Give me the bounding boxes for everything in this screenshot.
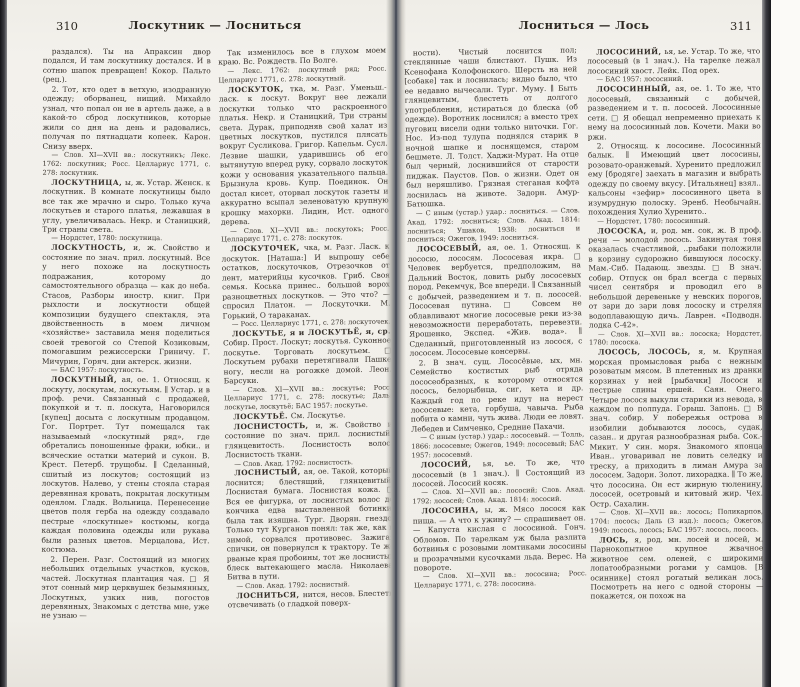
source-reference: — Слов. XI—XVII вв.: лососка; Нордстет, …: [589, 329, 762, 348]
headword: ЛОСОСИЙ,: [421, 459, 483, 469]
text-column-3: ности). Чистый лоснится пол; стеклянные …: [404, 45, 588, 644]
headword: ЛОСОСИНИЙ,: [596, 47, 664, 56]
source-reference: — Слов. XI—XVII вв.: лосось; Поликарпов,…: [590, 507, 763, 535]
dictionary-entry: ЛОСОСИЙ, ья, ье. То же, что лососевый (в…: [412, 457, 586, 489]
dictionary-entry: ЛОСКУТНЫЙ, ая, ое. 1. Относящ. к лоскуту…: [41, 375, 209, 555]
dictionary-entry: ЛОСКУТНИЦА, ы, ж. Устар. Женск. к лоскут…: [42, 177, 210, 234]
left-running-head: Лоскутник — Лосниться: [42, 18, 388, 32]
dictionary-entry: ЛОСОСИНИЙ, ья, ье. Устар. То же, что лос…: [587, 46, 760, 75]
right-page-number: 311: [730, 19, 752, 33]
dictionary-entry: ЛОСНИТЬСЯ, нится, несов. Блестеть, отсве…: [227, 588, 395, 610]
right-running-head: Лосниться — Лось: [406, 18, 762, 32]
dictionary-entry: ЛОСОСКА, и, род. мн. сок, ж. В проф. реч…: [588, 225, 762, 330]
headword: ЛОСКУТНОСТЬ,: [51, 243, 133, 252]
headword: ЛОСКУТОК,: [228, 84, 290, 94]
headword: ЛОСКУТНИЦА,: [51, 178, 125, 187]
dictionary-entry: ЛОСОСЕВЫЙ, ая, ое. 1. Относящ. к лососю,…: [407, 242, 582, 359]
headword: ЛОСНИТЬСЯ,: [236, 590, 302, 600]
dictionary-entry: ЛОСОСЬ, ЛОСОСЬ, я, м. Крупная морская пр…: [589, 347, 763, 509]
entry-body-text: 2. Относящ. к лососине. Лососинный балык…: [588, 140, 761, 217]
text-column-4: ЛОСОСИНИЙ, ья, ье. Устар. То же, что лос…: [587, 46, 764, 643]
headword: ЛОСОСКА,: [597, 226, 651, 235]
dictionary-entry: ЛОСКУТОЧЕК, чка, м. Разг. Ласк. к лоскут…: [221, 242, 390, 321]
headword: ЛОСКУТЬЁ.: [233, 412, 291, 422]
dictionary-entry: ЛОСЬ, я, род. мн. лосей и лосей, м. Парн…: [590, 534, 763, 601]
source-reference: — С иным (устар.) удар.: лососевый. — То…: [411, 431, 584, 461]
left-page-number: 310: [56, 19, 78, 33]
left-page: 310 Лоскутник — Лосниться раздался). Ты …: [42, 18, 388, 673]
entry-body-text: 2. В знач. сущ. Лососёвые, ых, мн. Семей…: [410, 355, 584, 434]
source-reference: — С иным (устар.) удар.: лосниться. — Сл…: [407, 206, 581, 245]
headword: ЛОСНИСТЫЙ,: [234, 468, 304, 478]
headword: ЛОСОСИННЫЙ,: [596, 84, 675, 93]
book-photo: 310 Лоскутник — Лосниться раздался). Ты …: [0, 0, 800, 687]
left-page-header: 310 Лоскутник — Лосниться: [42, 18, 388, 38]
dictionary-entry: ЛОСНИСТОСТЬ, и, ж. Свойство и состояние …: [224, 419, 393, 460]
entry-body-text: раздался). Ты на Апраксин двор подался, …: [43, 47, 211, 85]
headword: ЛОСОСЕВЫЙ,: [416, 243, 487, 253]
source-reference: — Нордстет, 1780: лоскутница.: [42, 234, 210, 243]
dictionary-entry: ЛОСНИСТЫЙ, ая, ое. Такой, который лоснит…: [225, 466, 395, 582]
source-reference: — Слов. XI—XVII вв.: лоскутье; Росс. Цел…: [224, 383, 392, 413]
dictionary-entry: ЛОСОСИННЫЙ, ая, ое. 1. То же, что лососе…: [587, 84, 760, 142]
right-page: Лосниться — Лось 311 ности). Чистый лосн…: [406, 18, 762, 673]
left-page-columns: раздался). Ты на Апраксин двор подался, …: [42, 47, 388, 643]
entry-body-text: 2. Перен. Разг. Состоящий из многих небо…: [41, 555, 209, 622]
book-left-edge: [0, 0, 7, 687]
dictionary-entry: ЛОСКУТОК, тка, м. Разг. Уменьш.-ласк. к …: [219, 82, 389, 227]
headword: ЛОСОСИНА,: [422, 505, 485, 515]
dictionary-entry: ЛОСКУТНОСТЬ, и, ж. Свойство и состояние …: [42, 243, 210, 366]
text-column-1: раздался). Ты на Апраксин двор подался, …: [41, 47, 211, 643]
headword: ЛОСЬ,: [599, 535, 634, 544]
entry-body-text: 2. Тот, кто одет в ветхую, изодранную од…: [43, 85, 211, 152]
dictionary-entry: ЛОСОСИНА, ы, ж. Мясо лосося как пища. — …: [413, 504, 587, 573]
headword: ЛОСКУТНЫЙ,: [51, 375, 122, 384]
dictionary-entry: ЛОСКУТЬЕ, я и ЛОСКУТЬЁ, я, ср. Собир. Пр…: [223, 326, 392, 386]
book-spine-gutter: [386, 0, 406, 687]
headword: ЛОСОСЬ, ЛОСОСЬ,: [598, 347, 699, 357]
headword: ЛОСНИСТОСТЬ,: [233, 421, 315, 431]
text-column-2: Так изменилось все в глухом моем краю. В…: [218, 46, 396, 645]
right-page-header: Лосниться — Лось 311: [406, 18, 762, 38]
entry-body-text: ности). Чистый лоснится пол; стеклянные …: [404, 45, 580, 209]
headword: ЛОСКУТОЧЕК,: [230, 243, 304, 253]
source-reference: — Слов. XI—XVII вв.: лоскутникъ; Лекс. 1…: [42, 151, 210, 178]
headword: ЛОСКУТЬЕ, я и ЛОСКУТЬЁ, я, ср.: [232, 326, 391, 338]
source-reference: — Слов. XI—XVII вв.: лососина; Росс. Цел…: [414, 570, 587, 591]
right-page-columns: ности). Чистый лоснится пол; стеклянные …: [406, 47, 762, 643]
